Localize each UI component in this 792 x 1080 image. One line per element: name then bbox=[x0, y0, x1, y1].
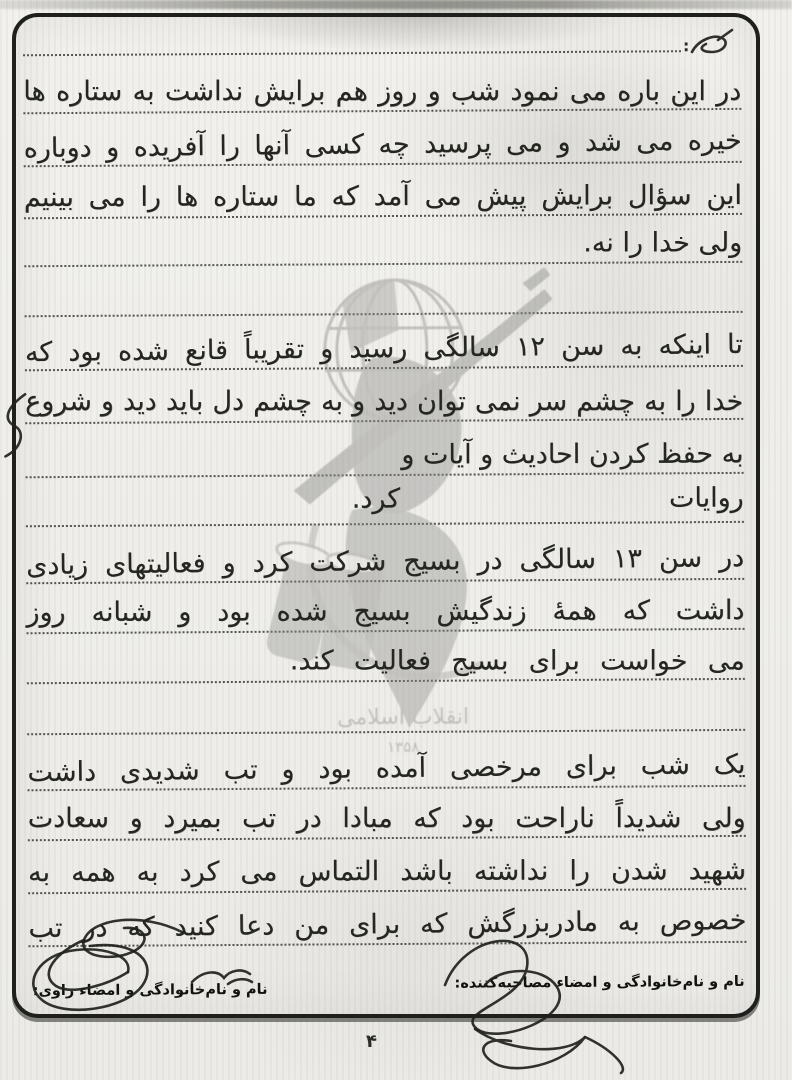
handwritten-line-12: ولی شدیداً ناراحت بود که مبادا در تب بمی… bbox=[28, 797, 746, 841]
handwritten-line-8: در سن ۱۳ سالگی در بسیج شرکت کرد و فعالیت… bbox=[26, 536, 744, 588]
scanned-document-page: { "page": { "number": "۴", "header_colon… bbox=[0, 0, 792, 1080]
signature-interviewer bbox=[415, 925, 655, 1075]
handwritten-line-3: این سؤال برایش پیش می آمد که ما ستاره ها… bbox=[24, 174, 742, 220]
signature-narrator bbox=[32, 912, 262, 1008]
handwritten-line-6: خدا را به چشم سر نمی توان دید و به چشم د… bbox=[25, 380, 743, 424]
handwritten-line-7: به حفظ کردن احادیث و آیات و روایات کرد. bbox=[351, 432, 743, 521]
watermark-title: انقلاب اسلامی bbox=[337, 705, 469, 731]
margin-flourish bbox=[0, 390, 30, 460]
rule-line bbox=[23, 50, 681, 56]
handwritten-line-10: می خواست برای بسیج فعالیت کند. bbox=[290, 639, 745, 683]
handwritten-line-9: داشت که همهٔ زندگیش بسیج شده بود و شبانه… bbox=[26, 589, 744, 635]
handwritten-line-13: شهید شدن را نداشته باشد التماس می کرد به… bbox=[28, 849, 746, 895]
handwritten-line-2: خیره می شد و می پرسید چه کسی آنها را آفر… bbox=[23, 119, 741, 171]
handwritten-line-11: یک شب برای مرخصی آمده بود و تب شدیدی داش… bbox=[27, 743, 745, 795]
handwritten-line-1: در این باره می نمود شب و روز هم برایش ند… bbox=[23, 70, 741, 114]
handwritten-line-5: تا اینکه به سن ۱۲ سالگی رسید و تقریباً ق… bbox=[25, 323, 743, 375]
corner-scribble bbox=[688, 26, 736, 64]
handwritten-line-4: ولی خدا را نه. bbox=[583, 221, 742, 265]
page-number: ۴ bbox=[366, 1031, 377, 1052]
